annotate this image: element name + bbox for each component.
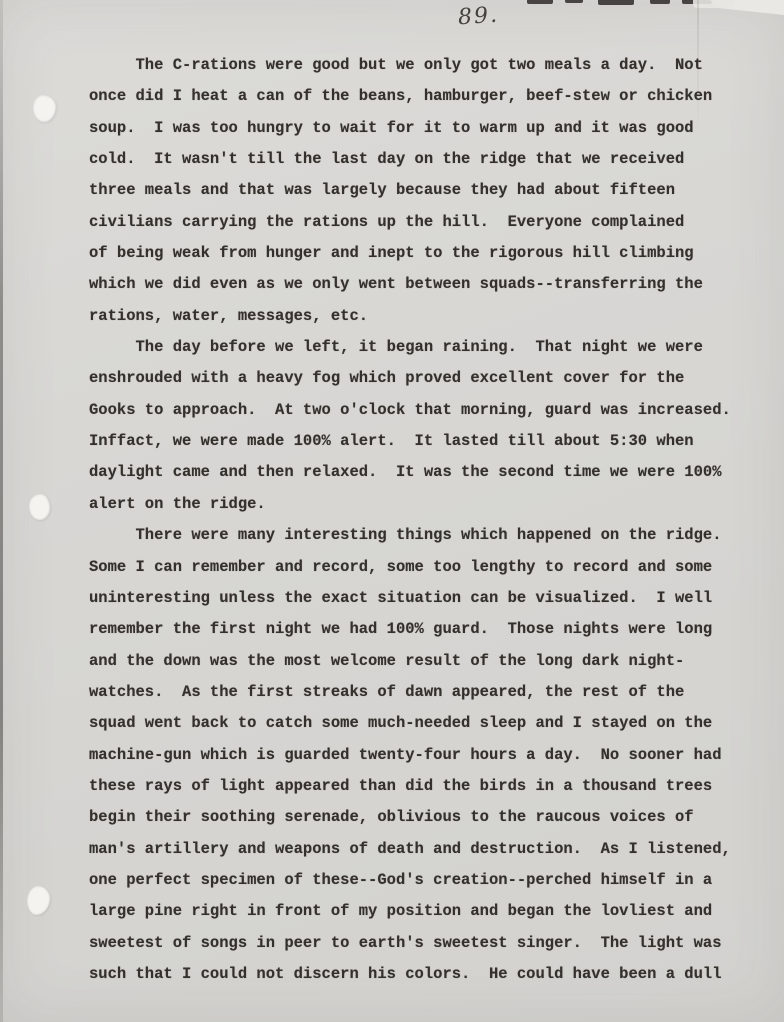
scan-edge-artifact	[527, 0, 553, 4]
scan-edge-artifact	[598, 0, 634, 5]
page-corner-overlay	[693, 0, 735, 8]
document-page: 89. The C-rations were good but we only …	[0, 0, 784, 1022]
page-number: 89.	[457, 3, 500, 31]
typewritten-text: The C-rations were good but we only got …	[89, 50, 761, 990]
punched-hole	[29, 494, 50, 520]
punched-hole	[33, 95, 56, 122]
punched-hole	[27, 886, 50, 915]
scan-edge-artifact	[565, 0, 583, 3]
scan-edge-artifact	[650, 0, 670, 4]
